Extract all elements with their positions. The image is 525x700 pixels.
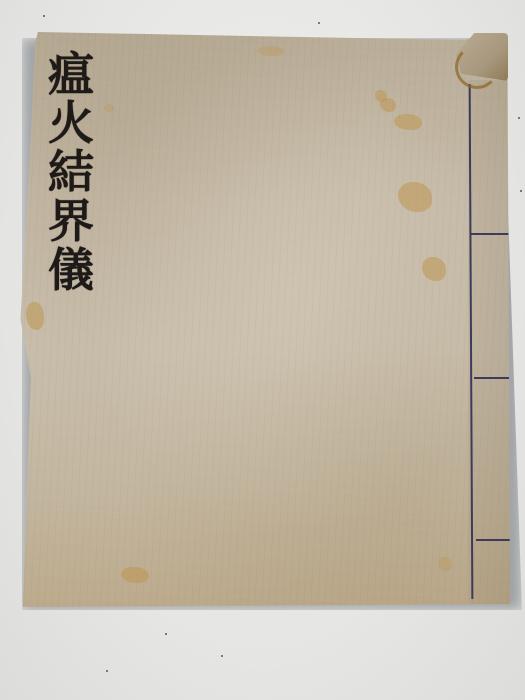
stain: [380, 98, 396, 112]
dust-speck: [106, 670, 108, 672]
binding-thread-stitch: [474, 377, 512, 379]
stain: [438, 557, 452, 571]
title-char: 火: [48, 99, 94, 148]
stain: [258, 46, 284, 56]
title-char: 結: [48, 148, 94, 197]
title-char: 界: [48, 197, 94, 246]
dust-speck: [318, 22, 320, 24]
dust-speck: [165, 633, 167, 635]
title-char: 儀: [48, 246, 94, 295]
book-title: 瘟 火 結 界 儀: [40, 50, 102, 295]
spine-area: [468, 80, 513, 605]
stain: [422, 257, 446, 281]
dust-speck: [520, 190, 522, 192]
stain: [104, 104, 114, 112]
binding-thread-stitch: [471, 233, 511, 235]
stain: [26, 302, 44, 330]
title-char: 瘟: [48, 50, 94, 99]
dust-speck: [43, 15, 45, 17]
corner-wear: [455, 45, 499, 89]
dust-speck: [221, 655, 223, 657]
stain: [394, 114, 422, 130]
binding-thread-stitch: [476, 539, 512, 541]
dust-speck: [518, 117, 520, 119]
stain: [121, 567, 149, 583]
